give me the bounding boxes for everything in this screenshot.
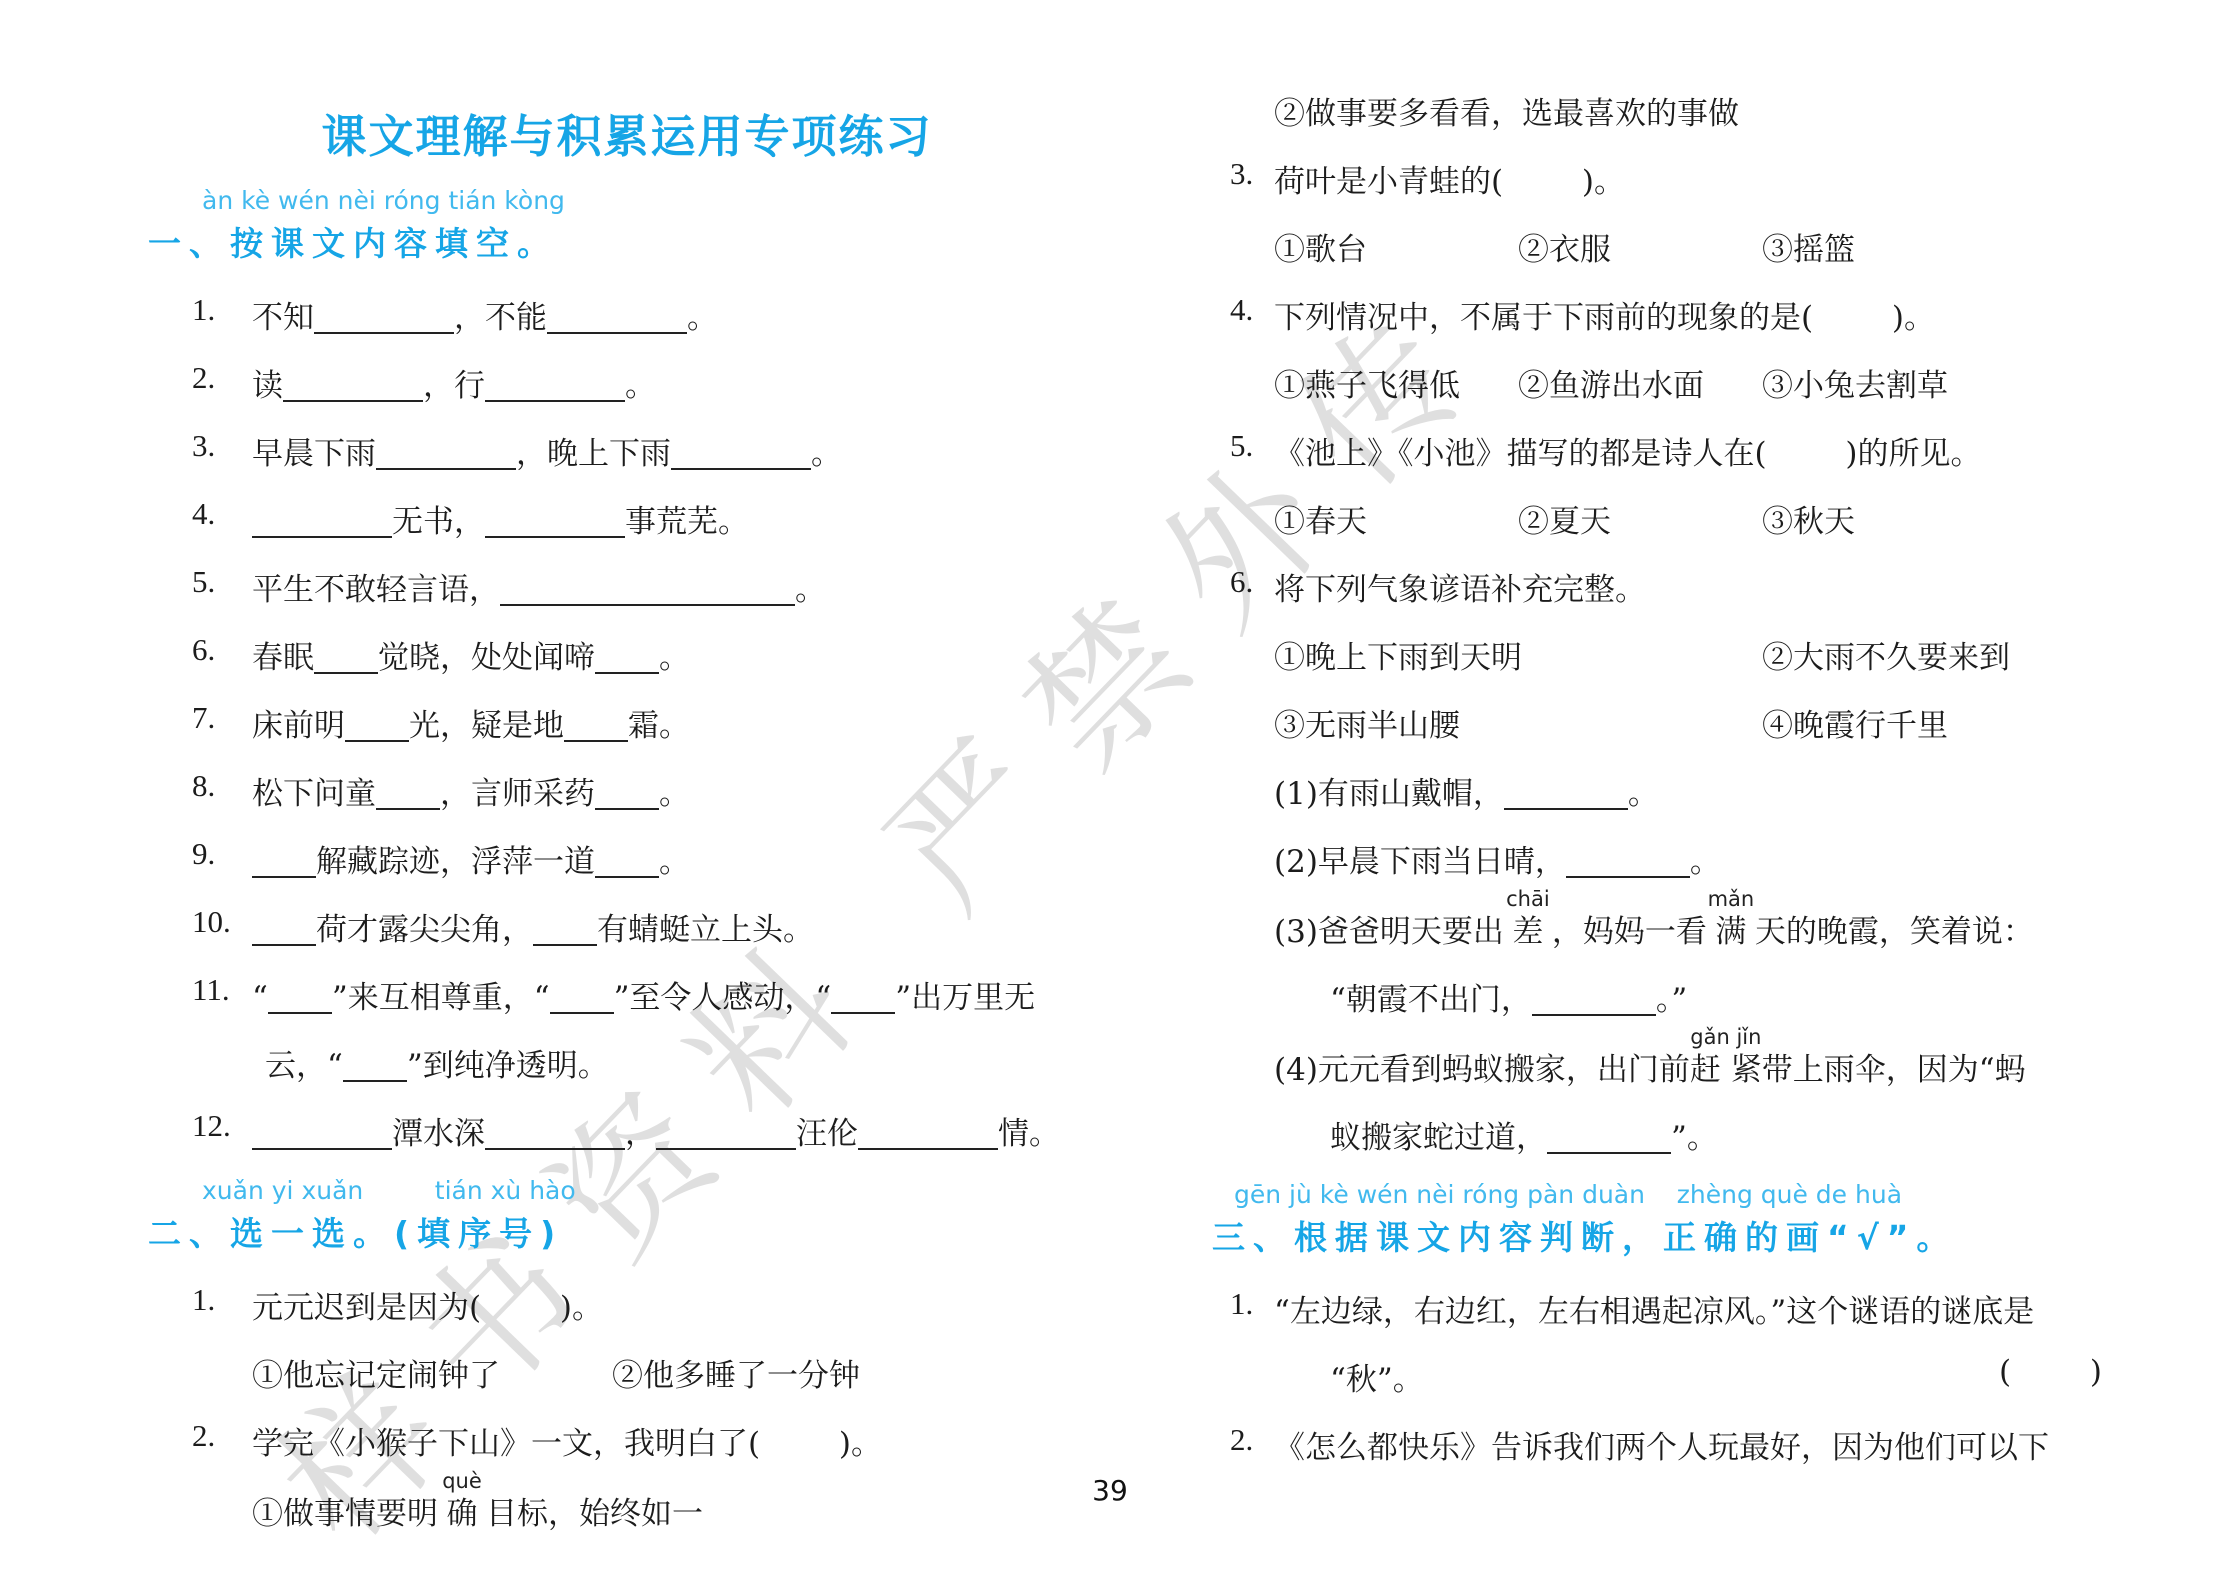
option-4: ④晚霞行千里	[1762, 708, 1948, 744]
item-text: ”出万里无	[895, 980, 1035, 1016]
sub-item-1: (1)有雨山戴帽，。	[1212, 768, 2146, 812]
item-text: ，妈妈一看	[1552, 914, 1707, 950]
fill-item-6: 6.春眠觉晓，处处闻啼。	[148, 632, 1106, 676]
sub-item-3: (3)爸爸明天要出chāi差，妈妈一看mǎn满天的晚霞，笑着说：	[1212, 906, 2146, 950]
item-text: 荷叶是小青蛙的( )。	[1274, 164, 1625, 200]
option-2: ②他多睡了一分钟	[612, 1358, 860, 1394]
answer-blank	[252, 504, 392, 538]
option-3: ③摇篮	[1762, 232, 1855, 268]
item-text: 不知	[252, 300, 314, 336]
sub-number: (2)	[1274, 844, 1318, 880]
item-number: 10.	[192, 904, 231, 940]
option-2: ②夏天	[1518, 496, 1762, 541]
item-text: 霜。	[628, 708, 690, 744]
sub-item-4-cont: 蚁搬家蛇过道，”。	[1212, 1112, 2146, 1156]
answer-blank	[314, 640, 378, 674]
item-number: 7.	[192, 700, 215, 736]
item-number: 6.	[1230, 564, 1253, 600]
answer-blank	[533, 912, 597, 946]
option-1: ①春天	[1274, 496, 1518, 541]
item-text: ，	[625, 1116, 656, 1152]
choice-item-6: 6.将下列气象谚语补充完整。	[1212, 564, 2146, 608]
right-column: ②做事要多看看，选最喜欢的事做 3.荷叶是小青蛙的( )。 ①歌台②衣服③摇篮 …	[1212, 88, 2146, 1490]
item-number: 3.	[1230, 156, 1253, 192]
page-title: 课文理解与积累运用专项练习	[148, 100, 1106, 160]
item-number: 1.	[192, 292, 215, 328]
left-column: 课文理解与积累运用专项练习 àn kè wén nèi róng tián kò…	[148, 100, 1106, 1556]
item-text: 早晨下雨当日晴，	[1318, 844, 1566, 880]
pinyin-annotation: chāi	[1506, 887, 1550, 911]
choice-options: ③无雨半山腰④晚霞行千里	[1212, 700, 2146, 744]
item-text: 无书，	[392, 504, 485, 540]
answer-blank	[283, 368, 423, 402]
option-2: ②鱼游出水面	[1518, 360, 1762, 405]
item-number: 3.	[192, 428, 215, 464]
choice-options: ①燕子飞得低②鱼游出水面③小兔去割草	[1212, 360, 2146, 404]
section-3-heading: 三、根据课文内容判断，正确的画“√”。	[1212, 1212, 2146, 1260]
fill-item-10: 10.荷才露尖尖角，有蜻蜓立上头。	[148, 904, 1106, 948]
item-text: 《池上》《小池》描写的都是诗人在( )的所见。	[1274, 436, 1982, 472]
item-text: ，晚上下雨	[516, 436, 671, 472]
answer-blank	[595, 844, 659, 878]
item-number: 5.	[192, 564, 215, 600]
pinyin-annotated-char: gǎn jǐn赶 紧	[1690, 1044, 1762, 1089]
judge-item-1: 1.“左边绿，右边红，左右相遇起凉风。”这个谜语的谜底是	[1212, 1286, 2146, 1330]
fill-item-11: 11.“”来互相尊重，“”至令人感动，“”出万里无	[148, 972, 1106, 1016]
item-number: 5.	[1230, 428, 1253, 464]
answer-blank	[1504, 776, 1628, 810]
fill-item-3: 3.早晨下雨，晚上下雨。	[148, 428, 1106, 472]
sub-item-4: (4)元元看到蚂蚁搬家，出门前gǎn jǐn赶 紧带上雨伞，因为“蚂	[1212, 1044, 2146, 1088]
item-text: “	[252, 980, 268, 1016]
answer-blank	[343, 1048, 407, 1082]
choice-options: ①春天②夏天③秋天	[1212, 496, 2146, 540]
fill-item-5: 5.平生不敢轻言语，。	[148, 564, 1106, 608]
item-text: 事荒芜。	[625, 504, 749, 540]
item-text: ，言师采药	[440, 776, 595, 812]
item-text: “秋”。	[1330, 1354, 1424, 1398]
choice-options: ①他忘记定闹钟了②他多睡了一分钟	[148, 1350, 1106, 1394]
item-text: 早晨下雨	[252, 436, 376, 472]
item-text: 平生不敢轻言语，	[252, 572, 500, 608]
item-number: 12.	[192, 1108, 231, 1144]
pinyin-annotated-char: chāi差	[1504, 906, 1552, 951]
item-number: 2.	[192, 360, 215, 396]
choice-option-cont: ②做事要多看看，选最喜欢的事做	[1212, 88, 2146, 132]
item-text: ，不能	[454, 300, 547, 336]
item-number: 1.	[1230, 1286, 1253, 1322]
item-number: 11.	[192, 972, 230, 1008]
item-text: 蚁搬家蛇过道，	[1330, 1120, 1547, 1156]
choice-options: ①晚上下雨到天明②大雨不久要来到	[1212, 632, 2146, 676]
answer-blank	[1566, 844, 1690, 878]
pinyin-annotation: mǎn	[1708, 887, 1755, 911]
choice-item-3: 3.荷叶是小青蛙的( )。	[1212, 156, 2146, 200]
item-text: 汪伦	[796, 1116, 858, 1152]
option-3: ③小兔去割草	[1762, 368, 1948, 404]
item-text: 元元迟到是因为( )。	[252, 1290, 603, 1326]
choice-item-4: 4.下列情况中，不属于下雨前的现象的是( )。	[1212, 292, 2146, 336]
option-1: ①燕子飞得低	[1274, 360, 1518, 405]
answer-blank	[831, 980, 895, 1014]
item-number: 4.	[192, 496, 215, 532]
item-text: 将下列气象谚语补充完整。	[1274, 572, 1646, 608]
answer-blank	[1547, 1120, 1671, 1154]
pinyin-annotated-char: mǎn满	[1707, 906, 1755, 951]
item-text: 有蜻蜓立上头。	[597, 912, 814, 948]
answer-blank	[252, 1116, 392, 1150]
option-2: ②衣服	[1518, 224, 1762, 269]
answer-blank	[485, 368, 625, 402]
item-text: “左边绿，右边红，左右相遇起凉风。”这个谜语的谜底是	[1274, 1294, 2034, 1330]
item-text: 。	[1628, 776, 1659, 812]
item-text: 下列情况中，不属于下雨前的现象的是( )。	[1274, 300, 1935, 336]
answer-blank	[252, 912, 316, 946]
item-text: 元元看到蚂蚁搬家，出门前	[1318, 1052, 1690, 1088]
answer-blank	[252, 844, 316, 878]
item-text: 。	[795, 572, 826, 608]
item-text: 情。	[998, 1116, 1060, 1152]
answer-blank	[547, 300, 687, 334]
item-text: 床前明	[252, 708, 345, 744]
item-text: 。	[659, 776, 690, 812]
answer-blank	[376, 776, 440, 810]
item-text: 云，“	[265, 1048, 343, 1084]
answer-blank	[564, 708, 628, 742]
answer-blank	[314, 300, 454, 334]
item-text: 。”	[1656, 982, 1687, 1018]
item-number: 6.	[192, 632, 215, 668]
answer-blank	[1532, 982, 1656, 1016]
option-3: ③秋天	[1762, 504, 1855, 540]
page-number: 39	[0, 1474, 2220, 1507]
item-text: 松下问童	[252, 776, 376, 812]
answer-blank	[858, 1116, 998, 1150]
option-1: ①晚上下雨到天明	[1274, 632, 1762, 677]
fill-item-4: 4.无书，事荒芜。	[148, 496, 1106, 540]
item-text: ，行	[423, 368, 485, 404]
sub-number: (4)	[1274, 1052, 1318, 1088]
item-text: ”。	[1671, 1120, 1718, 1156]
item-text: 读	[252, 368, 283, 404]
section-1-heading: 一、按课文内容填空。	[148, 218, 1106, 266]
answer-blank	[656, 1116, 796, 1150]
section-2-heading: 二、选一选。(填序号)	[148, 1208, 1106, 1256]
fill-item-11-cont: 云，“”到纯净透明。	[148, 1040, 1106, 1084]
answer-blank	[671, 436, 811, 470]
fill-item-8: 8.松下问童，言师采药。	[148, 768, 1106, 812]
item-text: 有雨山戴帽，	[1318, 776, 1504, 812]
section-3-pinyin: gēn jù kè wén nèi róng pàn duàn zhèng qu…	[1212, 1180, 2146, 1210]
fill-item-9: 9.解藏踪迹，浮萍一道。	[148, 836, 1106, 880]
item-number: 1.	[192, 1282, 215, 1318]
item-text: ”至令人感动，“	[614, 980, 832, 1016]
judge-item-2: 2.《怎么都快乐》告诉我们两个人玩最好，因为他们可以下	[1212, 1422, 2146, 1466]
option-2: ②大雨不久要来到	[1762, 640, 2010, 676]
item-number: 2.	[1230, 1422, 1253, 1458]
answer-blank	[376, 436, 516, 470]
fill-item-12: 12.潭水深，汪伦情。	[148, 1108, 1106, 1152]
item-text: 。	[659, 844, 690, 880]
pinyin-annotation: gǎn jǐn	[1690, 1025, 1761, 1049]
item-text: 学完《小猴子下山》一文，我明白了( )。	[252, 1426, 882, 1462]
fill-item-1: 1.不知，不能。	[148, 292, 1106, 336]
answer-blank	[595, 640, 659, 674]
answer-blank	[485, 504, 625, 538]
item-number: 9.	[192, 836, 215, 872]
item-text: 爸爸明天要出	[1318, 914, 1504, 950]
fill-item-2: 2.读，行。	[148, 360, 1106, 404]
answer-blank	[550, 980, 614, 1014]
item-text: ”到纯净透明。	[407, 1048, 609, 1084]
item-text: ”来互相尊重，“	[332, 980, 550, 1016]
item-text: 天的晚霞，笑着说：	[1755, 914, 2034, 950]
item-number: 4.	[1230, 292, 1253, 328]
choice-options: ①歌台②衣服③摇篮	[1212, 224, 2146, 268]
option-1: ①歌台	[1274, 224, 1518, 269]
choice-item-1: 1.元元迟到是因为( )。	[148, 1282, 1106, 1326]
item-text: “朝霞不出门，	[1330, 982, 1532, 1018]
answer-blank	[500, 572, 795, 606]
item-text: 荷才露尖尖角，	[316, 912, 533, 948]
answer-blank	[345, 708, 409, 742]
option-1: ①他忘记定闹钟了	[252, 1350, 612, 1395]
sub-number: (3)	[1274, 914, 1318, 950]
item-text: 潭水深	[392, 1116, 485, 1152]
item-text: 带上雨伞，因为“蚂	[1762, 1052, 2026, 1088]
judge-item-1-cont: “秋”。( )	[1212, 1354, 2146, 1398]
section-2-pinyin: xuǎn yi xuǎn tián xù hào	[148, 1176, 1106, 1206]
worksheet-page: 样书资料 严禁外传 课文理解与积累运用专项练习 àn kè wén nèi ró…	[0, 0, 2220, 1571]
answer-blank	[595, 776, 659, 810]
choice-item-5: 5.《池上》《小池》描写的都是诗人在( )的所见。	[1212, 428, 2146, 472]
item-number: 8.	[192, 768, 215, 804]
item-text: 觉晓，处处闻啼	[378, 640, 595, 676]
judge-paren: ( )	[1999, 1354, 2102, 1398]
item-text: 解藏踪迹，浮萍一道	[316, 844, 595, 880]
option-3: ③无雨半山腰	[1274, 700, 1762, 745]
answer-blank	[485, 1116, 625, 1150]
item-text: 光，疑是地	[409, 708, 564, 744]
sub-item-3-cont: “朝霞不出门，。”	[1212, 974, 2146, 1018]
sub-item-2: (2)早晨下雨当日晴，。	[1212, 836, 2146, 880]
item-text: 。	[811, 436, 842, 472]
choice-item-2: 2.学完《小猴子下山》一文，我明白了( )。	[148, 1418, 1106, 1462]
item-text: 。	[1690, 844, 1721, 880]
sub-number: (1)	[1274, 776, 1318, 812]
item-number: 2.	[192, 1418, 215, 1454]
answer-blank	[268, 980, 332, 1014]
item-text: 。	[687, 300, 718, 336]
fill-item-7: 7.床前明光，疑是地霜。	[148, 700, 1106, 744]
item-text: 。	[625, 368, 656, 404]
item-text: 春眠	[252, 640, 314, 676]
option-2-cont: ②做事要多看看，选最喜欢的事做	[1274, 96, 1739, 132]
item-text: 《怎么都快乐》告诉我们两个人玩最好，因为他们可以下	[1274, 1430, 2049, 1466]
section-1-pinyin: àn kè wén nèi róng tián kòng	[148, 186, 1106, 216]
item-text: 。	[659, 640, 690, 676]
